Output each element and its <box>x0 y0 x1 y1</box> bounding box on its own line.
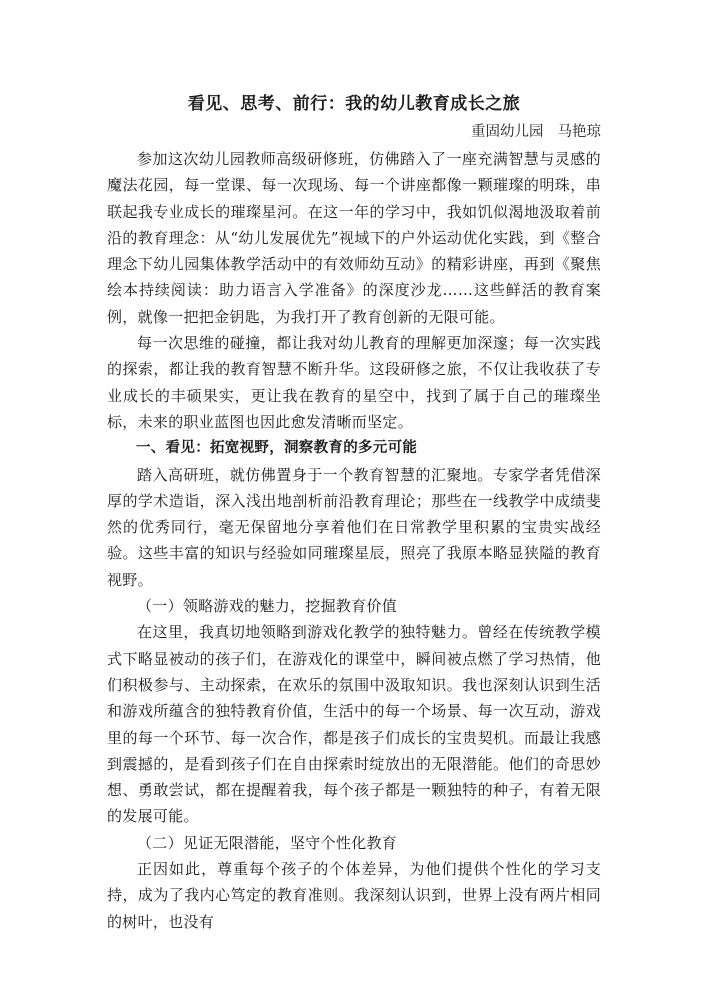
author-school: 重固幼儿园 <box>471 124 544 140</box>
paragraph-subsection-1: 在这里，我真切地领略到游戏化教学的独特魅力。曾经在传统教学模式下略显被动的孩子们… <box>107 619 601 829</box>
document-title: 看见、思考、前行：我的幼儿教育成长之旅 <box>107 92 601 116</box>
section-heading-1: 一、看见：拓宽视野，洞察教育的多元可能 <box>107 435 601 461</box>
paragraph-subsection-2: 正因如此，尊重每个孩子的个体差异，为他们提供个性化的学习支持，成为了我内心笃定的… <box>107 856 601 935</box>
document-page: 看见、思考、前行：我的幼儿教育成长之旅 重固幼儿园马艳琼 参加这次幼儿园教师高级… <box>107 92 601 935</box>
subsection-heading-2: （二）见证无限潜能，坚守个性化教育 <box>107 830 601 856</box>
paragraph-section-1: 踏入高研班，就仿佛置身于一个教育智慧的汇聚地。专家学者凭借深厚的学术造诣，深入浅… <box>107 462 601 593</box>
paragraph-intro-2: 每一次思维的碰撞，都让我对幼儿教育的理解更加深邃；每一次实践的探索，都让我的教育… <box>107 330 601 435</box>
author-name: 马艳琼 <box>558 124 602 140</box>
subsection-heading-1: （一）领略游戏的魅力，挖掘教育价值 <box>107 593 601 619</box>
author-line: 重固幼儿园马艳琼 <box>107 120 601 144</box>
paragraph-intro-1: 参加这次幼儿园教师高级研修班，仿佛踏入了一座充满智慧与灵感的魔法花园，每一堂课、… <box>107 146 601 330</box>
